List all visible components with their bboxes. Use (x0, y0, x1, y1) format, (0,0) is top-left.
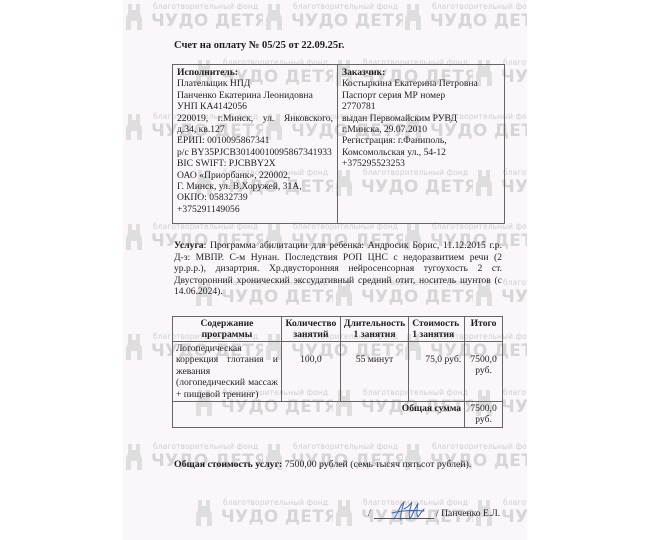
session-price: 75,0 руб. (409, 342, 465, 402)
service-description: Услуга: Программа абилитации для ребенка… (174, 240, 502, 298)
contractor-heading: Исполнитель: (177, 67, 333, 78)
session-duration: 55 минут (340, 342, 408, 402)
services-table: Содержание программы Количество занятий … (172, 316, 503, 428)
signature-prefix: / (368, 508, 371, 519)
contractor-line: р/с BY35PJCB30140010095867341933 (177, 147, 333, 158)
customer-line: Костыркина Екатерина Петровна (342, 78, 500, 89)
contractor-line: Панченко Екатерина Леонидовна (177, 90, 333, 101)
customer-line: 2770781 (342, 101, 500, 112)
customer-line: выдан Первомайским РУВД (342, 113, 500, 124)
service-label: Услуга (174, 240, 204, 251)
sum-value: 7500,0 руб. (465, 402, 503, 428)
column-header: Содержание программы (173, 317, 282, 342)
customer-line: Паспорт серия МР номер (342, 90, 500, 101)
column-header: Количество занятий (281, 317, 340, 342)
invoice-document: Счет на оплату № 05/25 от 22.09.25г. Исп… (0, 0, 660, 540)
service-text: : Программа абилитации для ребенка: Андр… (174, 240, 502, 297)
table-header-row: Содержание программы Количество занятий … (173, 317, 503, 342)
customer-cell: Заказчик: Костыркина Екатерина Петровна … (338, 65, 504, 223)
contractor-line: Г. Минск, ул. В.Хоружей, 31А, (177, 181, 333, 192)
customer-heading: Заказчик: (342, 67, 500, 78)
customer-line: +375295523253 (342, 158, 500, 169)
contractor-line: УНП КА4142056 (177, 101, 333, 112)
column-header: Стоимость 1 занятия (409, 317, 465, 342)
column-header: Длительность 1 занятия (340, 317, 408, 342)
sessions-count: 100,0 (281, 342, 340, 402)
signature-block: / / Панченко Е.Л. (368, 505, 508, 525)
column-header: Итого (465, 317, 503, 342)
parties-table: Исполнитель: Плательщик НПД Панченко Ека… (172, 64, 505, 224)
total-cost-value: 7500,00 рублей (семь тысяч пятьсот рубле… (282, 459, 471, 470)
contractor-line: Плательщик НПД (177, 78, 333, 89)
contractor-line: ОКПО: 05832739 (177, 192, 333, 203)
total-cost-line: Общая стоимость услуг: 7500,00 рублей (с… (174, 459, 471, 470)
contractor-address: 220019, г.Минск, ул. Янковского, д.34, к… (177, 113, 333, 136)
contractor-line: +375291149056 (177, 204, 333, 215)
program-content: Логопедическая коррекция глотания и жева… (173, 342, 282, 402)
signer-name: / Панченко Е.Л. (436, 508, 500, 519)
contractor-cell: Исполнитель: Плательщик НПД Панченко Ека… (173, 65, 338, 223)
contractor-line: BIC SWIFT: PJCBBY2X (177, 158, 333, 169)
table-total-row: Общая сумма 7500,0 руб. (173, 402, 503, 428)
row-total: 7500,0 руб. (465, 342, 503, 402)
invoice-title: Счет на оплату № 05/25 от 22.09.25г. (174, 40, 344, 51)
contractor-line: ЕРИП: 0010095867341 (177, 135, 333, 146)
customer-line: Регистрация: г.Фаниполь, (342, 135, 500, 146)
sum-label: Общая сумма (173, 402, 465, 428)
customer-line: Комсомольская ул., 54-12 (342, 147, 500, 158)
customer-line: г.Минска, 29.07.2010 (342, 124, 500, 135)
contractor-line: ОАО «Приорбанк», 220002, (177, 170, 333, 181)
table-row: Логопедическая коррекция глотания и жева… (173, 342, 503, 402)
total-cost-label: Общая стоимость услуг: (174, 459, 282, 470)
handwritten-signature-icon (388, 499, 428, 523)
